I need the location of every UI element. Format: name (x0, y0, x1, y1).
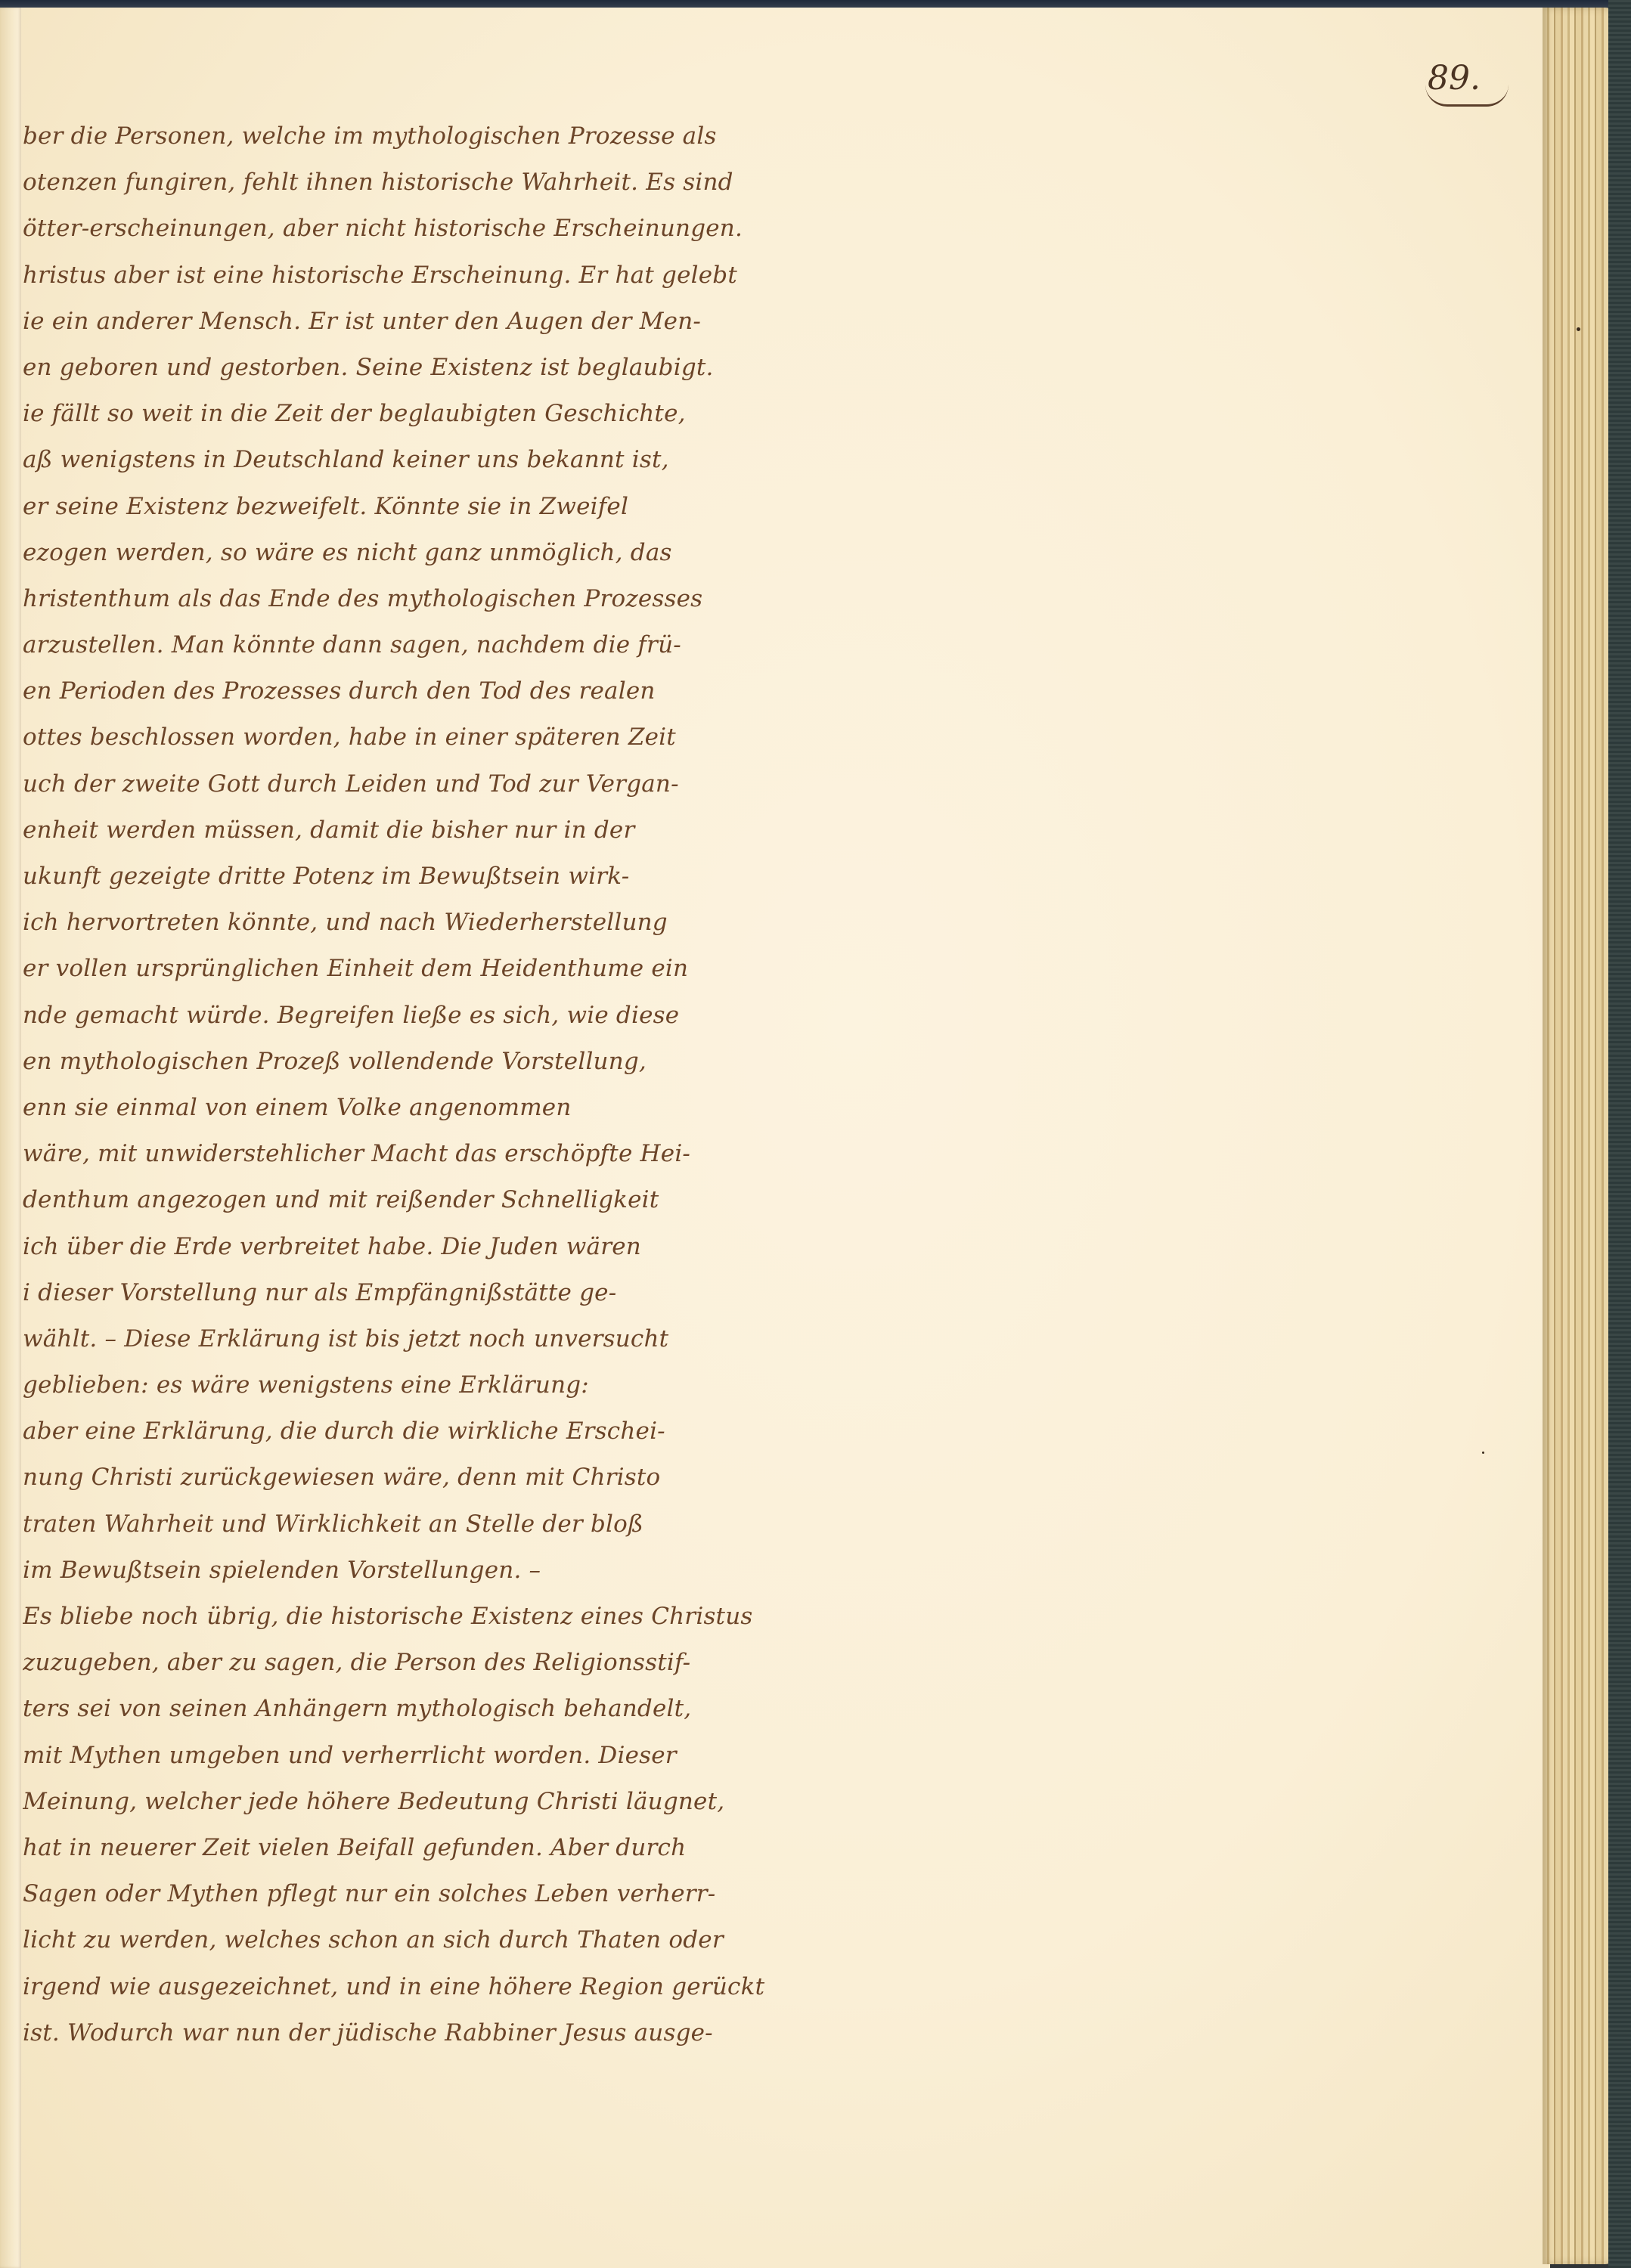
text-line: en geboren und gestorben. Seine Existenz… (23, 345, 802, 391)
text-line: ukunft gezeigte dritte Potenz im Bewußts… (23, 854, 802, 900)
text-line: er seine Existenz bezweifelt. Könnte sie… (23, 484, 802, 530)
text-line: ich hervortreten könnte, und nach Wieder… (23, 900, 802, 946)
text-line: ie fällt so weit in die Zeit der beglaub… (23, 391, 802, 437)
text-line: denthum angezogen und mit reißender Schn… (23, 1177, 802, 1223)
text-line: enn sie einmal von einem Volke angenomme… (23, 1085, 802, 1131)
text-line: ottes beschlossen worden, habe in einer … (23, 714, 802, 761)
text-line: en Perioden des Prozesses durch den Tod … (23, 668, 802, 714)
text-line: arzustellen. Man könnte dann sagen, nach… (23, 622, 802, 668)
handwritten-text-block: ber die Personen, welche im mythologisch… (23, 113, 802, 2056)
text-line: ist. Wodurch war nun der jüdische Rabbin… (23, 2010, 802, 2056)
text-line: i dieser Vorstellung nur als Empfängnißs… (23, 1270, 802, 1316)
text-line: hristenthum als das Ende des mythologisc… (23, 576, 802, 622)
text-line: traten Wahrheit und Wirklichkeit an Stel… (23, 1501, 802, 1548)
text-line: ich über die Erde verbreitet habe. Die J… (23, 1224, 802, 1270)
text-line: ezogen werden, so wäre es nicht ganz unm… (23, 530, 802, 576)
text-line: wäre, mit unwiderstehlicher Macht das er… (23, 1131, 802, 1177)
text-line: aber eine Erklärung, die durch die wirkl… (23, 1408, 802, 1455)
text-line: irgend wie ausgezeichnet, und in eine hö… (23, 1964, 802, 2010)
text-line: ie ein anderer Mensch. Er ist unter den … (23, 299, 802, 345)
text-line: mit Mythen umgeben und verherrlicht word… (23, 1733, 802, 1779)
text-line: nung Christi zurückgewiesen wäre, denn m… (23, 1455, 802, 1501)
page-fore-edge (1543, 8, 1614, 2264)
text-line: Sagen oder Mythen pflegt nur ein solches… (23, 1871, 802, 1917)
text-line: licht zu werden, welches schon an sich d… (23, 1917, 802, 1963)
text-line: hat in neuerer Zeit vielen Beifall gefun… (23, 1825, 802, 1871)
paper-spot (1577, 327, 1580, 331)
text-line: geblieben: es wäre wenigstens eine Erklä… (23, 1362, 802, 1408)
text-line: im Bewußtsein spielenden Vorstellungen. … (23, 1548, 802, 1594)
text-line: aß wenigstens in Deutschland keiner uns … (23, 437, 802, 483)
text-line: en mythologischen Prozeß vollendende Vor… (23, 1039, 802, 1085)
paper-spot (1482, 1452, 1484, 1454)
text-line: zuzugeben, aber zu sagen, die Person des… (23, 1640, 802, 1686)
page-gutter (0, 8, 21, 2268)
book-cover (1608, 0, 1631, 2268)
text-line: ters sei von seinen Anhängern mythologis… (23, 1686, 802, 1732)
text-line: er vollen ursprünglichen Einheit dem Hei… (23, 946, 802, 992)
text-line: uch der zweite Gott durch Leiden und Tod… (23, 761, 802, 807)
text-line: ber die Personen, welche im mythologisch… (23, 113, 802, 160)
text-line: otenzen fungiren, fehlt ihnen historisch… (23, 160, 802, 206)
page-number-flourish (1425, 85, 1509, 107)
text-line: hristus aber ist eine historische Ersche… (23, 253, 802, 299)
text-line: ötter-erscheinungen, aber nicht historis… (23, 206, 802, 252)
text-line: Es bliebe noch übrig, die historische Ex… (23, 1594, 802, 1640)
text-line: Meinung, welcher jede höhere Bedeutung C… (23, 1779, 802, 1825)
text-line: wählt. – Diese Erklärung ist bis jetzt n… (23, 1316, 802, 1362)
text-line: enheit werden müssen, damit die bisher n… (23, 807, 802, 854)
text-line: nde gemacht würde. Begreifen ließe es si… (23, 993, 802, 1039)
